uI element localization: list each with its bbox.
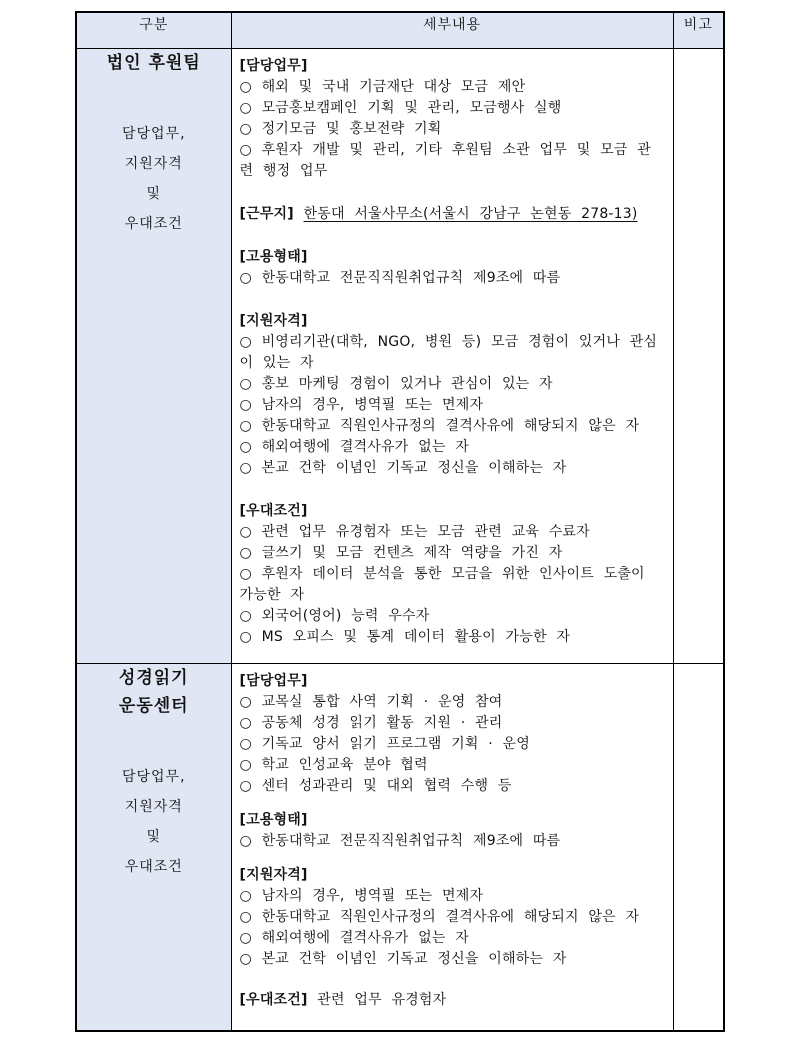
detail-item: ○ 센터 성과관리 및 대외 협력 수행 등 [240,776,665,797]
section-heading-line: [고용형태] [240,810,665,831]
detail-item: ○ 후원자 개발 및 관리, 기타 후원팀 소관 업무 및 모금 관련 행정 업… [240,140,665,182]
detail-item: ○ 해외여행에 결격사유가 없는 자 [240,928,665,949]
detail-item: ○ 남자의 경우, 병역필 또는 면제자 [240,395,665,416]
category-subtitle-line: 및 [81,179,227,209]
section-heading-line: [지원자격] [240,311,665,332]
section-heading-line: [근무지] 한동대 서울사무소(서울시 강남구 논현동 278-13) [240,204,665,225]
detail-item: ○ 해외여행에 결격사유가 없는 자 [240,437,665,458]
section-heading-line: [지원자격] [240,865,665,886]
document-page: 구분 세부내용 비고 법인 후원팀담당업무,지원자격및우대조건[담당업무]○ 해… [0,0,793,1042]
table-row: 법인 후원팀담당업무,지원자격및우대조건[담당업무]○ 해외 및 국내 기금재단… [76,49,724,664]
detail-item: ○ 남자의 경우, 병역필 또는 면제자 [240,886,665,907]
section-inline-text: 한동대 서울사무소(서울시 강남구 논현동 278-13) [304,206,638,222]
category-subtitle-line: 지원자격 [81,792,227,822]
category-subtitle-line: 우대조건 [81,852,227,882]
category-cell: 법인 후원팀담당업무,지원자격및우대조건 [76,49,231,664]
section-heading: [우대조건] [240,503,308,519]
section: [지원자격]○ 비영리기관(대학, NGO, 병원 등) 모금 경험이 있거나 … [240,311,665,479]
category-subtitle: 담당업무,지원자격및우대조건 [81,762,227,882]
category-cell: 성경읽기운동센터담당업무,지원자격및우대조건 [76,664,231,1031]
section: [우대조건]○ 관련 업무 유경험자 또는 모금 관련 교육 수료자○ 글쓰기 … [240,501,665,648]
category-subtitle-line: 및 [81,822,227,852]
section: [담당업무]○ 교목실 통합 사역 기획 · 운영 참여○ 공동체 성경 읽기 … [240,671,665,797]
job-posting-table: 구분 세부내용 비고 법인 후원팀담당업무,지원자격및우대조건[담당업무]○ 해… [75,11,725,1032]
detail-item: ○ 해외 및 국내 기금재단 대상 모금 제안 [240,77,665,98]
section-heading: [우대조건] [240,992,308,1008]
detail-item: ○ 공동체 성경 읽기 활동 지원 · 관리 [240,713,665,734]
detail-item: ○ 한동대학교 전문직직원취업규칙 제9조에 따름 [240,831,665,852]
team-title: 성경읽기운동센터 [81,664,227,720]
section-heading: [고용형태] [240,249,308,265]
detail-item: ○ 한동대학교 전문직직원취업규칙 제9조에 따름 [240,268,665,289]
header-row: 구분 세부내용 비고 [76,12,724,49]
details-cell: [담당업무]○ 교목실 통합 사역 기획 · 운영 참여○ 공동체 성경 읽기 … [231,664,673,1031]
detail-item: ○ 본교 건학 이념인 기독교 정신을 이해하는 자 [240,949,665,970]
detail-item: ○ 후원자 데이터 분석을 통한 모금을 위한 인사이트 도출이 가능한 자 [240,564,665,606]
detail-item: ○ 모금홍보캠페인 기획 및 관리, 모금행사 실행 [240,98,665,119]
category-subtitle: 담당업무,지원자격및우대조건 [81,119,227,239]
section: [근무지] 한동대 서울사무소(서울시 강남구 논현동 278-13) [240,204,665,225]
section-heading: [고용형태] [240,812,308,828]
header-remarks: 비고 [673,12,724,49]
detail-item: ○ 한동대학교 직원인사규정의 결격사유에 해당되지 않은 자 [240,416,665,437]
remark-cell [673,49,724,664]
details-cell: [담당업무]○ 해외 및 국내 기금재단 대상 모금 제안○ 모금홍보캠페인 기… [231,49,673,664]
team-title-line: 법인 후원팀 [81,49,227,77]
section-heading: [지원자격] [240,867,308,883]
detail-item: ○ 한동대학교 직원인사규정의 결격사유에 해당되지 않은 자 [240,907,665,928]
section-heading: [근무지] [240,206,294,222]
section-heading: [지원자격] [240,313,308,329]
section-heading-line: [담당업무] [240,671,665,692]
detail-item: ○ 글쓰기 및 모금 컨텐츠 제작 역량을 가진 자 [240,543,665,564]
category-subtitle-line: 담당업무, [81,119,227,149]
detail-item: ○ 기독교 양서 읽기 프로그램 기획 · 운영 [240,734,665,755]
section: [고용형태]○ 한동대학교 전문직직원취업규칙 제9조에 따름 [240,247,665,289]
category-subtitle-line: 우대조건 [81,209,227,239]
detail-item: ○ 본교 건학 이념인 기독교 정신을 이해하는 자 [240,458,665,479]
section-heading-line: [고용형태] [240,247,665,268]
section-heading-line: [담당업무] [240,56,665,77]
section: [고용형태]○ 한동대학교 전문직직원취업규칙 제9조에 따름 [240,810,665,852]
header-category: 구분 [76,12,231,49]
team-title-line: 운동센터 [81,692,227,720]
section-heading-line: [우대조건] [240,501,665,522]
detail-item: ○ 외국어(영어) 능력 우수자 [240,606,665,627]
detail-item: ○ 홍보 마케팅 경험이 있거나 관심이 있는 자 [240,374,665,395]
section-inline-text: 관련 업무 유경험자 [317,992,446,1008]
detail-item: ○ 정기모금 및 홍보전략 기획 [240,119,665,140]
category-subtitle-line: 담당업무, [81,762,227,792]
detail-item: ○ 교목실 통합 사역 기획 · 운영 참여 [240,692,665,713]
section-heading: [담당업무] [240,673,308,689]
detail-item: ○ 학교 인성교육 분야 협력 [240,755,665,776]
table-row: 성경읽기운동센터담당업무,지원자격및우대조건[담당업무]○ 교목실 통합 사역 … [76,664,724,1031]
section-heading: [담당업무] [240,58,308,74]
detail-item: ○ MS 오피스 및 통계 데이터 활용이 가능한 자 [240,627,665,648]
header-details: 세부내용 [231,12,673,49]
team-title: 법인 후원팀 [81,49,227,77]
category-subtitle-line: 지원자격 [81,149,227,179]
section: [우대조건] 관련 업무 유경험자 [240,990,665,1011]
section-heading-line: [우대조건] 관련 업무 유경험자 [240,990,665,1011]
section: [지원자격]○ 남자의 경우, 병역필 또는 면제자○ 한동대학교 직원인사규정… [240,865,665,970]
detail-item: ○ 비영리기관(대학, NGO, 병원 등) 모금 경험이 있거나 관심이 있는… [240,332,665,374]
detail-item: ○ 관련 업무 유경험자 또는 모금 관련 교육 수료자 [240,522,665,543]
section: [담당업무]○ 해외 및 국내 기금재단 대상 모금 제안○ 모금홍보캠페인 기… [240,56,665,182]
team-title-line: 성경읽기 [81,664,227,692]
remark-cell [673,664,724,1031]
